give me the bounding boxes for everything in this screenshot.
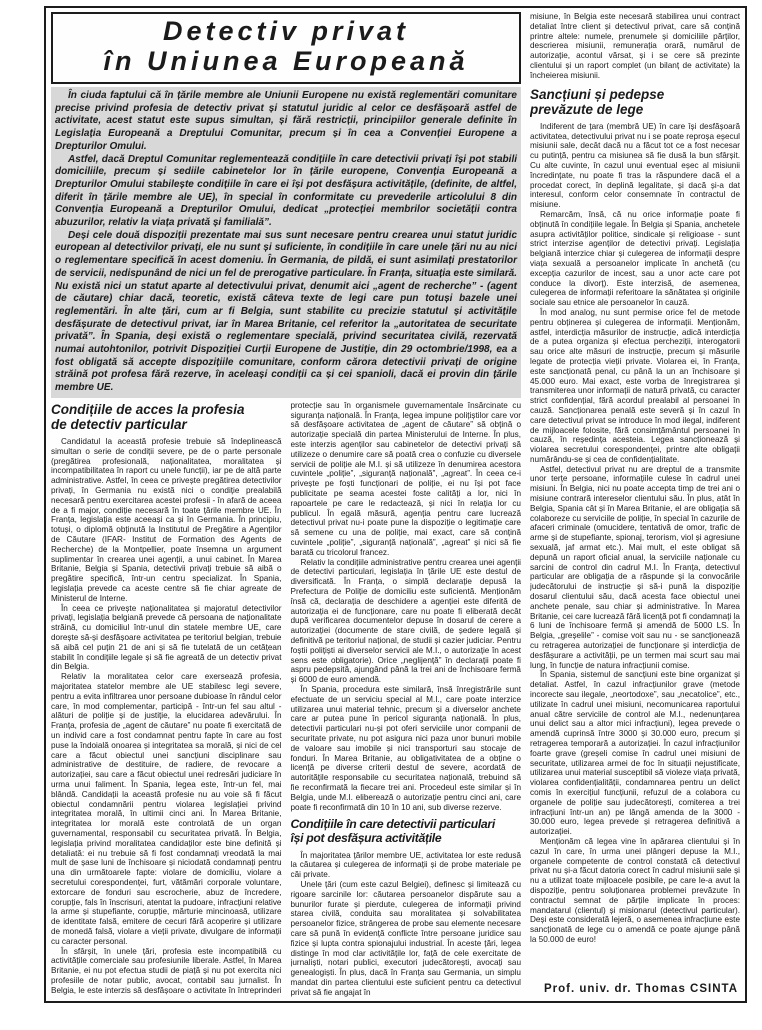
article-title-line1: Detectiv privat xyxy=(55,16,517,46)
body-paragraph: În Spania, procedura este similară, însă… xyxy=(291,685,522,812)
left-region: Detectiv privat în Uniunea Europeană În … xyxy=(51,12,521,997)
intro-block: În ciuda faptului că în țările membre al… xyxy=(51,87,521,398)
body-paragraph: Indiferent de țara (membră UE) în care î… xyxy=(530,122,740,210)
body-paragraph-continuation: protecție sau în organismele guvernament… xyxy=(291,401,522,558)
section-heading-access: Condițiile de acces la profesia de detec… xyxy=(51,402,282,432)
column-right: misiune, în Belgia este necesară stabili… xyxy=(530,12,740,997)
body-paragraph-continuation: misiune, în Belgia este necesară stabili… xyxy=(530,12,740,81)
two-column-body: Condițiile de acces la profesia de detec… xyxy=(51,401,521,997)
intro-paragraph: Deși cele două dispoziții prezentate mai… xyxy=(55,230,517,395)
body-paragraph: Menționăm că legea vine în apărarea clie… xyxy=(530,837,740,945)
body-paragraph: Astfel, detectivul privat nu are dreptul… xyxy=(530,465,740,671)
heading-access-line2: de detectiv particular xyxy=(51,417,282,432)
column-left: Condițiile de acces la profesia de detec… xyxy=(51,401,282,997)
body-paragraph: Remarcăm, însă, că nu orice informație p… xyxy=(530,210,740,308)
title-box: Detectiv privat în Uniunea Europeană xyxy=(51,12,521,84)
scanned-article-page: { "colors": { "paper": "#ffffff", "ink":… xyxy=(0,0,762,1030)
body-paragraph: Relativ la moralitatea celor care exerse… xyxy=(51,672,282,946)
section-heading-activities: Condițiile în care detectivii particular… xyxy=(291,818,522,845)
author-signature: Prof. univ. dr. Thomas CSINTA xyxy=(530,982,740,997)
heading-access-line1: Condițiile de acces la profesia xyxy=(51,402,282,417)
body-paragraph: În Spania, sistemul de sancțiuni este bi… xyxy=(530,670,740,837)
body-paragraph: Candidatul la această profesie trebuie s… xyxy=(51,437,282,604)
body-paragraph: În majoritatea țărilor membre UE, activi… xyxy=(291,851,522,880)
article-layout: Detectiv privat în Uniunea Europeană În … xyxy=(51,12,740,997)
body-paragraph: În sfârșit, în unele țări, profesia este… xyxy=(51,947,282,997)
body-paragraph: Relativ la condițiile administrative pen… xyxy=(291,558,522,685)
article-title-line2: în Uniunea Europeană xyxy=(55,46,517,76)
column-right-text: misiune, în Belgia este necesară stabili… xyxy=(530,12,740,982)
intro-paragraph: În ciuda faptului că în țările membre al… xyxy=(55,90,517,154)
heading-activities-line2: își pot desfășura activitățile xyxy=(291,832,522,846)
body-paragraph: În mod analog, nu sunt permise orice fel… xyxy=(530,308,740,465)
column-middle: protecție sau în organismele guvernament… xyxy=(291,401,522,997)
body-paragraph: În ceea ce privește naționalitatea și ma… xyxy=(51,604,282,673)
heading-sanctions-line1: Sancțiuni și pedepse xyxy=(530,87,740,102)
heading-activities-line1: Condițiile în care detectivii particular… xyxy=(291,818,522,832)
intro-paragraph: Astfel, dacă Dreptul Comunitar reglement… xyxy=(55,154,517,230)
section-heading-sanctions: Sancțiuni și pedepse prevăzute de lege xyxy=(530,87,740,117)
body-paragraph: Unele țări (cum este cazul Belgiei), def… xyxy=(291,880,522,997)
article-frame: Detectiv privat în Uniunea Europeană În … xyxy=(44,6,747,1003)
heading-sanctions-line2: prevăzute de lege xyxy=(530,102,740,117)
